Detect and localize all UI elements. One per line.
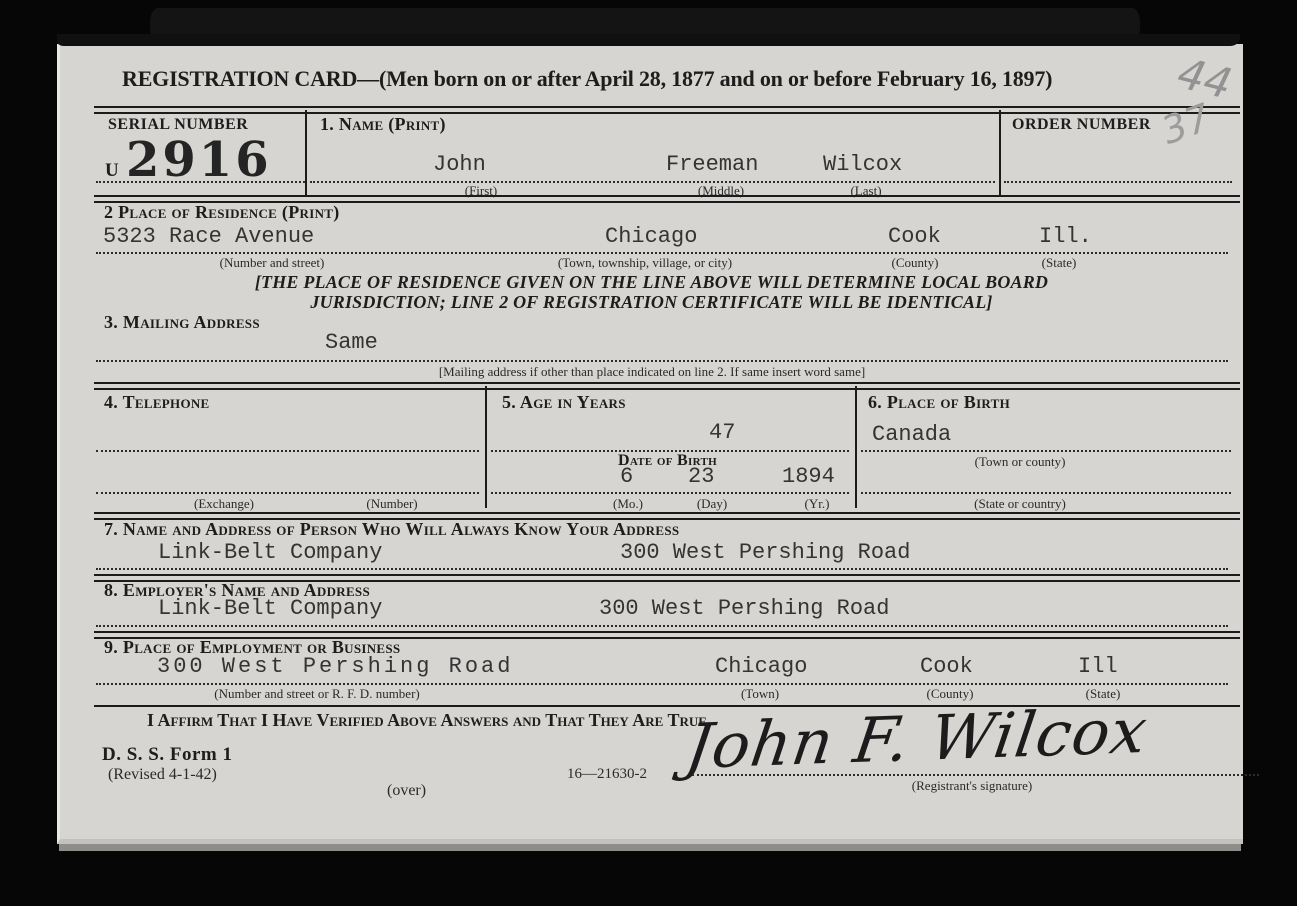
serial-line — [96, 181, 305, 183]
mailing-line — [96, 360, 1228, 362]
column-divider — [999, 110, 1001, 195]
telephone-exchange-sublabel: (Exchange) — [194, 496, 254, 512]
residence-street-sublabel: (Number and street) — [220, 255, 325, 271]
mailing-address-label: 3. Mailing Address — [104, 312, 260, 333]
residence-county-value: Cook — [888, 224, 941, 249]
dob-month-value: 6 — [620, 464, 633, 489]
name-line — [310, 181, 995, 183]
employer-line — [96, 625, 1228, 627]
employment-town-value: Chicago — [715, 654, 807, 679]
serial-prefix: U — [105, 160, 119, 182]
employment-state-value: Ill — [1078, 654, 1118, 679]
contact-name-value: Link-Belt Company — [158, 540, 382, 565]
dob-day-value: 23 — [688, 464, 714, 489]
scan-background: REGISTRATION CARD—(Men born on or after … — [0, 0, 1297, 906]
birthplace-line2 — [861, 492, 1231, 494]
dob-year-value: 1894 — [782, 464, 835, 489]
serial-number-value: 2916 — [126, 136, 272, 184]
registrant-signature: John F. Wilcox — [682, 694, 1153, 783]
residence-town-value: Chicago — [605, 224, 697, 249]
residence-state-sublabel: (State) — [1042, 255, 1077, 271]
registration-card: REGISTRATION CARD—(Men born on or after … — [57, 44, 1243, 844]
contact-line — [96, 568, 1228, 570]
column-divider — [305, 110, 307, 195]
mailing-sublabel: [Mailing address if other than place ind… — [439, 364, 865, 380]
column-divider — [485, 386, 487, 508]
jurisdiction-notice-line1: [THE PLACE OF RESIDENCE GIVEN ON THE LIN… — [60, 272, 1243, 293]
employment-county-value: Cook — [920, 654, 973, 679]
employment-town-sublabel: (Town) — [741, 686, 779, 702]
dob-line — [491, 492, 849, 494]
residence-street-value: 5323 Race Avenue — [103, 224, 314, 249]
order-line — [1004, 181, 1232, 183]
signature-sublabel: (Registrant's signature) — [912, 778, 1032, 794]
employment-street-value: 300 West Pershing Road — [157, 654, 513, 679]
form-number: D. S. S. Form 1 — [102, 744, 232, 766]
name-last-value: Wilcox — [823, 152, 902, 177]
birthplace-line — [861, 450, 1231, 452]
over-note: (over) — [387, 782, 426, 800]
residence-county-sublabel: (County) — [892, 255, 939, 271]
telephone-line — [96, 450, 479, 452]
telephone-number-sublabel: (Number) — [366, 496, 417, 512]
age-label: 5. Age in Years — [502, 392, 626, 413]
employment-street-sublabel: (Number and street or R. F. D. number) — [214, 686, 419, 702]
dob-day-sublabel: (Day) — [697, 496, 727, 512]
contact-address-value: 300 West Pershing Road — [620, 540, 910, 565]
birthplace-value: Canada — [872, 422, 951, 447]
contact-label: 7. Name and Address of Person Who Will A… — [104, 519, 679, 540]
column-divider — [855, 386, 857, 508]
birthplace-state-sublabel: (State or country) — [974, 496, 1066, 512]
dob-year-sublabel: (Yr.) — [805, 496, 830, 512]
jurisdiction-notice-line2: JURISDICTION; LINE 2 OF REGISTRATION CER… — [60, 292, 1243, 313]
print-code: 16—21630-2 — [567, 766, 647, 783]
telephone-line2 — [96, 492, 479, 494]
name-middle-value: Freeman — [666, 152, 758, 177]
form-revision: (Revised 4-1-42) — [108, 766, 217, 784]
divider — [94, 382, 1240, 390]
affirmation-statement: I Affirm That I Have Verified Above Answ… — [147, 710, 711, 731]
employer-address-value: 300 West Pershing Road — [599, 596, 889, 621]
residence-state-value: Ill. — [1039, 224, 1092, 249]
divider — [94, 106, 1240, 114]
telephone-label: 4. Telephone — [104, 392, 210, 413]
employment-line — [96, 683, 1228, 685]
birthplace-label: 6. Place of Birth — [868, 392, 1010, 413]
dob-month-sublabel: (Mo.) — [613, 496, 643, 512]
age-value: 47 — [709, 420, 735, 445]
mailing-address-value: Same — [325, 330, 378, 355]
signature-line — [692, 774, 1259, 776]
name-label: 1. Name (Print) — [320, 114, 446, 135]
residence-label: 2 Place of Residence (Print) — [104, 202, 340, 223]
residence-town-sublabel: (Town, township, village, or city) — [558, 255, 732, 271]
birthplace-town-sublabel: (Town or county) — [975, 454, 1066, 470]
card-title: REGISTRATION CARD—(Men born on or after … — [122, 66, 1052, 92]
name-first-value: John — [433, 152, 486, 177]
residence-line — [96, 252, 1228, 254]
order-number-label: ORDER NUMBER — [1012, 116, 1151, 134]
employer-name-value: Link-Belt Company — [158, 596, 382, 621]
